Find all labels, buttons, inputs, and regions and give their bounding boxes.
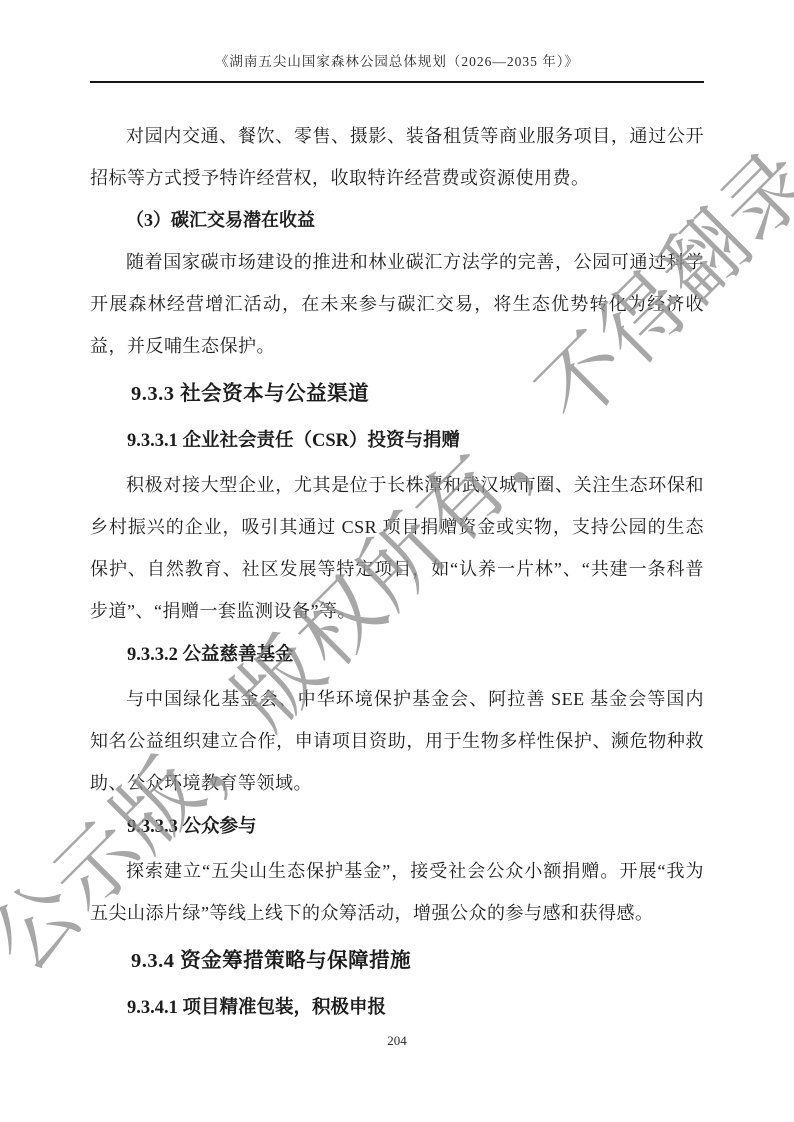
paragraph-concession-revenue: 对园内交通、餐饮、零售、摄影、装备租赁等商业服务项目，通过公开招标等方式授予特许…	[90, 115, 704, 199]
paragraph-charity-foundations: 与中国绿化基金会、中华环境保护基金会、阿拉善 SEE 基金会等国内知名公益组织建…	[90, 678, 704, 804]
section-heading-9-3-3-3: 9.3.3.3 公众参与	[90, 806, 704, 848]
paragraph-csr-donation: 积极对接大型企业，尤其是位于长株潭和武汉城市圈、关注生态环保和乡村振兴的企业，吸…	[90, 464, 704, 632]
document-page: 《湖南五尖山国家森林公园总体规划（2026—2035 年）》 对园内交通、餐饮、…	[0, 0, 794, 1122]
section-heading-9-3-4-1: 9.3.4.1 项目精准包装，积极申报	[90, 987, 704, 1029]
section-heading-9-3-3-2: 9.3.3.2 公益慈善基金	[90, 634, 704, 676]
header-title: 《湖南五尖山国家森林公园总体规划（2026—2035 年）》	[90, 0, 704, 70]
page-number: 204	[0, 1033, 794, 1049]
section-heading-9-3-3-1: 9.3.3.1 企业社会责任（CSR）投资与捐赠	[90, 420, 704, 462]
section-heading-9-3-3: 9.3.3 社会资本与公益渠道	[90, 373, 704, 415]
header-rule	[90, 81, 704, 83]
page-header: 《湖南五尖山国家森林公园总体规划（2026—2035 年）》	[90, 0, 704, 83]
section-heading-9-3-4: 9.3.4 资金筹措策略与保障措施	[90, 940, 704, 982]
document-body: 对园内交通、餐饮、零售、摄影、装备租赁等商业服务项目，通过公开招标等方式授予特许…	[90, 87, 704, 1031]
heading-carbon-trade-income: （3）碳汇交易潜在收益	[90, 199, 704, 241]
paragraph-carbon-market: 随着国家碳市场建设的推进和林业碳汇方法学的完善，公园可通过科学开展森林经营增汇活…	[90, 241, 704, 367]
paragraph-public-participation: 探索建立“五尖山生态保护基金”，接受社会公众小额捐赠。开展“我为五尖山添片绿”等…	[90, 850, 704, 934]
